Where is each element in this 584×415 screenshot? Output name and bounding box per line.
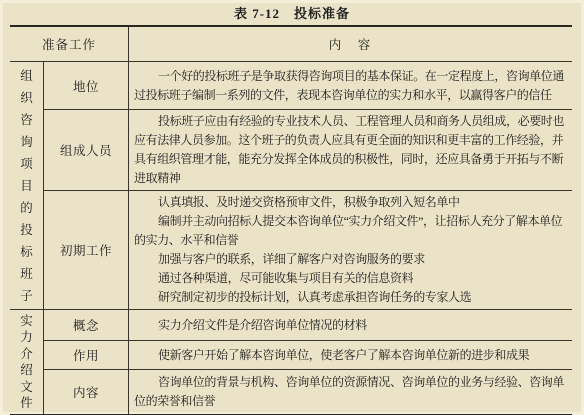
group-label-vertical: 实力介绍文件 bbox=[20, 313, 34, 412]
header-content: 内 容 bbox=[129, 27, 572, 61]
content-paragraph: 加强与客户的联系，详细了解客户对咨询服务的要求 bbox=[134, 250, 564, 269]
table-row-contents: 内容 咨询单位的背景与机构、咨询单位的资源情况、咨询单位的业务与经验、咨询单位的… bbox=[44, 369, 572, 414]
bid-preparation-table: 准备工作 内 容 组织咨询项目的投标班子 地位 一个好的投标班子是争取获得咨询项… bbox=[10, 25, 572, 415]
section-rows: 地位 一个好的投标班子是争取获得咨询项目的基本保证。在一定程度上，咨询单位通过投… bbox=[44, 62, 572, 309]
section-strength-intro-doc: 实力介绍文件 概念 实力介绍文件是介绍咨询单位情况的材料 作用 使新客户开始了解… bbox=[10, 309, 572, 414]
table-title: 表 7-12 投标准备 bbox=[0, 0, 584, 25]
group-label-vertical: 组织咨询项目的投标班子 bbox=[20, 65, 34, 307]
row-content: 投标班子应由有经验的专业技术人员、工程管理人员和商务人员组成，必要时也应有法律人… bbox=[129, 110, 572, 190]
group-label-cell: 组织咨询项目的投标班子 bbox=[10, 62, 44, 309]
content-paragraph: 研究制定初步的投标计划，认真考虑承担咨询任务的专家人选 bbox=[134, 288, 564, 307]
row-label: 组成人员 bbox=[44, 110, 129, 190]
row-content: 一个好的投标班子是争取获得咨询项目的基本保证。在一定程度上，咨询单位通过投标班子… bbox=[129, 62, 572, 109]
content-paragraph: 一个好的投标班子是争取获得咨询项目的基本保证。在一定程度上，咨询单位通过投标班子… bbox=[134, 67, 564, 105]
table-header-row: 准备工作 内 容 bbox=[10, 27, 572, 62]
table-row-members: 组成人员 投标班子应由有经验的专业技术人员、工程管理人员和商务人员组成，必要时也… bbox=[44, 109, 572, 190]
content-paragraph: 使新客户开始了解本咨询单位，使老客户了解本咨询单位新的进步和成果 bbox=[134, 346, 564, 365]
content-paragraph: 认真填报、及时递交资格预审文件，积极争取列入短名单中 bbox=[134, 193, 564, 212]
row-label: 初期工作 bbox=[44, 191, 129, 309]
scanned-document-page: 表 7-12 投标准备 准备工作 内 容 组织咨询项目的投标班子 地位 一个好的… bbox=[0, 0, 584, 415]
group-label-cell: 实力介绍文件 bbox=[10, 310, 44, 414]
row-content: 使新客户开始了解本咨询单位，使老客户了解本咨询单位新的进步和成果 bbox=[129, 341, 572, 369]
row-label: 概念 bbox=[44, 310, 129, 340]
section-rows: 概念 实力介绍文件是介绍咨询单位情况的材料 作用 使新客户开始了解本咨询单位，使… bbox=[44, 310, 572, 414]
row-content: 咨询单位的背景与机构、咨询单位的资源情况、咨询单位的业务与经验、咨询单位的荣誉和… bbox=[129, 370, 572, 414]
row-label: 作用 bbox=[44, 341, 129, 369]
table-row-initial-work: 初期工作 认真填报、及时递交资格预审文件，积极争取列入短名单中 编制并主动向招标… bbox=[44, 190, 572, 309]
content-paragraph: 咨询单位的背景与机构、咨询单位的资源情况、咨询单位的业务与经验、咨询单位的荣誉和… bbox=[134, 373, 564, 411]
row-content: 实力介绍文件是介绍咨询单位情况的材料 bbox=[129, 310, 572, 340]
row-content: 认真填报、及时递交资格预审文件，积极争取列入短名单中 编制并主动向招标人提交本咨… bbox=[129, 191, 572, 309]
table-row-status: 地位 一个好的投标班子是争取获得咨询项目的基本保证。在一定程度上，咨询单位通过投… bbox=[44, 62, 572, 109]
content-paragraph: 编制并主动向招标人提交本咨询单位“实力介绍文件”，让招标人充分了解本单位的实力、… bbox=[134, 212, 564, 250]
section-org-bid-team: 组织咨询项目的投标班子 地位 一个好的投标班子是争取获得咨询项目的基本保证。在一… bbox=[10, 62, 572, 309]
row-label: 地位 bbox=[44, 62, 129, 109]
header-prep-work: 准备工作 bbox=[10, 27, 129, 61]
content-paragraph: 通过各种渠道，尽可能收集与项目有关的信息资料 bbox=[134, 269, 564, 288]
content-paragraph: 投标班子应由有经验的专业技术人员、工程管理人员和商务人员组成，必要时也应有法律人… bbox=[134, 112, 564, 188]
table-row-function: 作用 使新客户开始了解本咨询单位，使老客户了解本咨询单位新的进步和成果 bbox=[44, 340, 572, 369]
row-label: 内容 bbox=[44, 370, 129, 414]
table-row-concept: 概念 实力介绍文件是介绍咨询单位情况的材料 bbox=[44, 310, 572, 340]
content-paragraph: 实力介绍文件是介绍咨询单位情况的材料 bbox=[134, 316, 564, 335]
